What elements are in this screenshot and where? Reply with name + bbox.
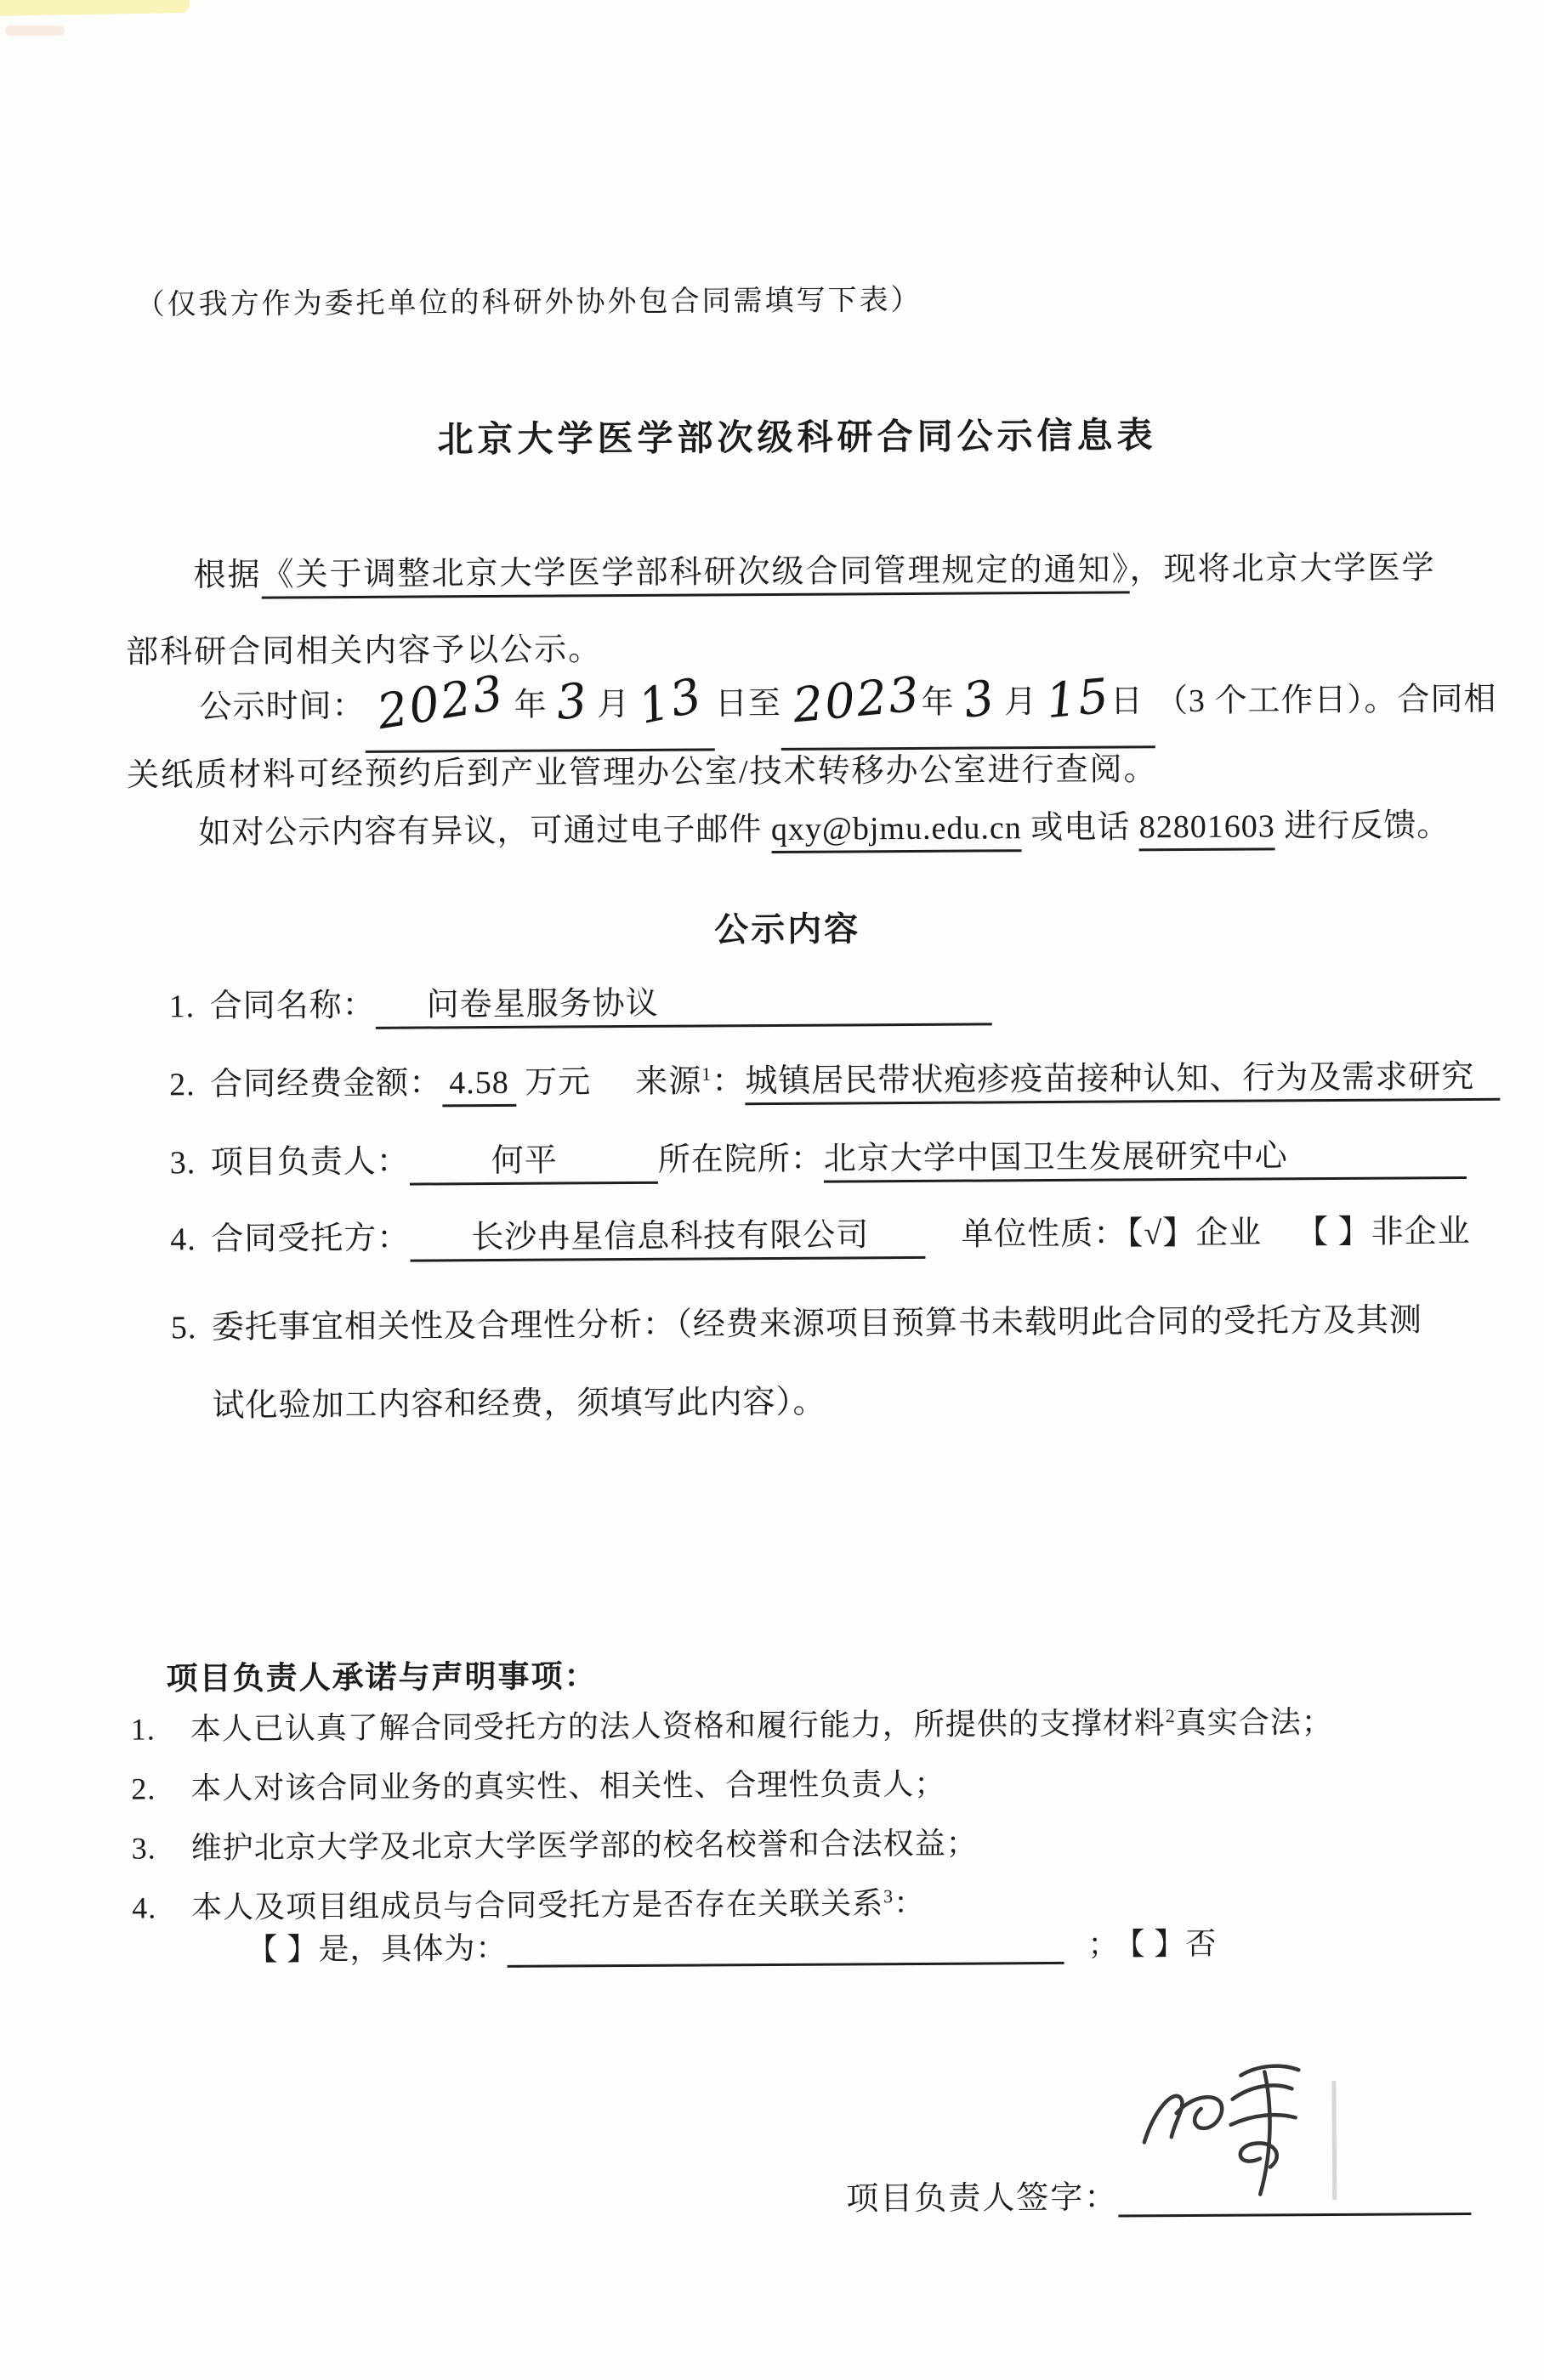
nature-option-non-enterprise: 【 】非企业 (1296, 1214, 1471, 1250)
decl4-number: 4. (132, 1890, 191, 1925)
decl1-number: 1. (131, 1711, 190, 1747)
signature-label: 项目负责人签字： (846, 2180, 1118, 2218)
scanned-document-page: （仅我方作为委托单位的科研外协外包合同需填写下表） 北京大学医学部次级科研合同公… (0, 0, 1544, 2380)
item2-label: 合同经费金额： (210, 1065, 442, 1102)
source-value: 城镇居民带状疱疹疫苗接种认知、行为及需求研究 (745, 1059, 1500, 1105)
item1-number: 1. (169, 988, 210, 1025)
declaration-item-3: 3.维护北京大学及北京大学医学部的校名校誉和合法权益； (132, 1820, 978, 1868)
nature-label: 单位性质： (961, 1215, 1127, 1252)
feedback-phone: 82801603 (1139, 808, 1275, 851)
decl4-post: ： (894, 1886, 925, 1920)
decl4-superscript: 3 (883, 1885, 894, 1907)
intro-prefix: 根据 (193, 558, 261, 593)
item-contract-name: 1.合同名称：问卷星服务协议 (168, 974, 991, 1026)
related-separator: ； (1087, 1928, 1119, 1962)
decl1-superscript: 2 (1166, 1705, 1176, 1726)
end-day-char: 日 (1110, 683, 1144, 719)
source-superscript: 1 (701, 1063, 712, 1085)
content-heading: 公示内容 (0, 898, 1542, 955)
analysis-text: 委托事宜相关性及合理性分析：（经费来源项目预算书未载明此合同的受托方及其测试化验… (212, 1281, 1437, 1445)
end-month-char: 月 (1004, 684, 1037, 720)
item4-number: 4. (170, 1221, 211, 1258)
item-principal: 3.项目负责人：何平所在院所：北京大学中国卫生发展研究中心 (170, 1128, 1467, 1182)
scope-note: （仅我方作为委托单位的科研外协外包合同需填写下表） (135, 276, 922, 323)
end-month-handwritten: 3 (963, 697, 995, 702)
feedback-prefix: 如对公示内容有异议，可通过电子邮件 (198, 812, 771, 851)
publicity-time-label: 公示时间： (126, 688, 365, 726)
declaration-item-1: 1.本人已认真了解合同受托方的法人资格和履行能力，所提供的支撑材料2真实合法； (131, 1698, 1333, 1749)
start-day-handwritten: 13 (640, 695, 703, 709)
nature-option-enterprise-checked: 【√】企业 (1127, 1215, 1262, 1251)
item3-label: 项目负责人： (211, 1144, 410, 1181)
year-char: 年 (514, 688, 547, 723)
amount-unit: 万元 (516, 1064, 592, 1101)
decl3-number: 3. (132, 1830, 191, 1866)
start-month-handwritten: 3 (556, 701, 588, 705)
contract-name-value: 问卷星服务协议 (376, 983, 992, 1028)
end-day-handwritten: 15 (1047, 696, 1110, 702)
declaration-item-4: 4.本人及项目组成员与合同受托方是否存在关联关系3： (132, 1879, 925, 1928)
principal-name: 何平 (410, 1142, 658, 1186)
item2-number: 2. (169, 1066, 210, 1103)
item-analysis: 5.委托事宜相关性及合理性分析：（经费来源项目预算书未载明此合同的受托方及其测试… (171, 1281, 1456, 1445)
related-choice-line: 【 】是，具体为：；【 】否 (247, 1920, 1217, 1969)
related-detail-blank (507, 1924, 1064, 1968)
item-contract-amount: 2.合同经费金额：4.58 万元来源1：城镇居民带状疱疹疫苗接种认知、行为及需求… (169, 1050, 1500, 1105)
item1-label: 合同名称： (210, 988, 376, 1024)
decl2-text: 本人对该合同业务的真实性、相关性、合理性负责人； (190, 1767, 945, 1805)
feedback-mid: 或电话 (1022, 809, 1139, 846)
feedback-line: 如对公示内容有异议，可通过电子邮件 qxy@bjmu.edu.cn 或电话 82… (127, 797, 1544, 853)
decl3-text: 维护北京大学及北京大学医学部的校名校誉和合法权益； (191, 1827, 978, 1866)
institution-value: 北京大学中国卫生发展研究中心 (824, 1137, 1467, 1183)
source-label: 来源 (635, 1064, 701, 1100)
end-date-blank: 2023年 3 月 15日 (781, 662, 1156, 751)
decl1-pre: 本人已认真了解合同受托方的法人资格和履行能力，所提供的支撑材料 (190, 1706, 1166, 1746)
amount-value: 4.58 (442, 1065, 516, 1108)
institution-label: 所在院所： (658, 1142, 824, 1178)
day-to-chars: 日至 (715, 686, 781, 722)
document-content: （仅我方作为委托单位的科研外协外包合同需填写下表） 北京大学医学部次级科研合同公… (0, 0, 1544, 2380)
publicity-time-line: 公示时间：2023 年 3 月 13日至2023年 3 月 15日（3 个工作日… (126, 660, 1487, 755)
duration-note: （3 个工作日）。合同相 (1155, 682, 1497, 719)
signature-blank (1118, 2173, 1471, 2218)
declaration-heading: 项目负责人承诺与声明事项： (166, 1650, 597, 1698)
month-char: 月 (597, 687, 630, 722)
item4-label: 合同受托方： (211, 1221, 410, 1257)
related-yes-label: 【 】是，具体为： (247, 1931, 507, 1967)
contractor-value: 长沙冉星信息科技有限公司 (410, 1217, 925, 1262)
item3-number: 3. (170, 1144, 211, 1181)
feedback-email: qxy@bjmu.edu.cn (771, 810, 1022, 853)
decl1-post: 真实合法； (1176, 1705, 1333, 1740)
decl4-pre: 本人及项目组成员与合同受托方是否存在关联关系 (191, 1886, 883, 1924)
signature-line: 项目负责人签字： (846, 2168, 1471, 2218)
start-date-blank: 2023 年 3 月 13 (365, 665, 715, 753)
source-colon: ： (712, 1063, 745, 1099)
declaration-item-2: 2.本人对该合同业务的真实性、相关性、合理性负责人； (131, 1760, 945, 1809)
document-title: 北京大学医学部次级科研合同公示信息表 (0, 405, 1540, 465)
regulation-title: 《关于调整北京大学医学部科研次级合同管理规定的通知》 (261, 552, 1129, 598)
end-year-char: 年 (921, 685, 954, 721)
related-no-label: 【 】否 (1129, 1927, 1217, 1962)
publicity-time-line2: 关纸质材料可经预约后到产业管理办公室/技术转移办公室进行查阅。 (127, 740, 1487, 796)
item-contractor: 4.合同受托方：长沙冉星信息科技有限公司单位性质：【√】企业【 】非企业 (170, 1204, 1471, 1259)
start-year-handwritten: 2023 (378, 693, 505, 713)
item5-number: 5. (171, 1289, 213, 1367)
feedback-suffix: 进行反馈。 (1275, 807, 1450, 844)
decl2-number: 2. (131, 1771, 190, 1806)
end-year-handwritten: 2023 (793, 694, 921, 706)
